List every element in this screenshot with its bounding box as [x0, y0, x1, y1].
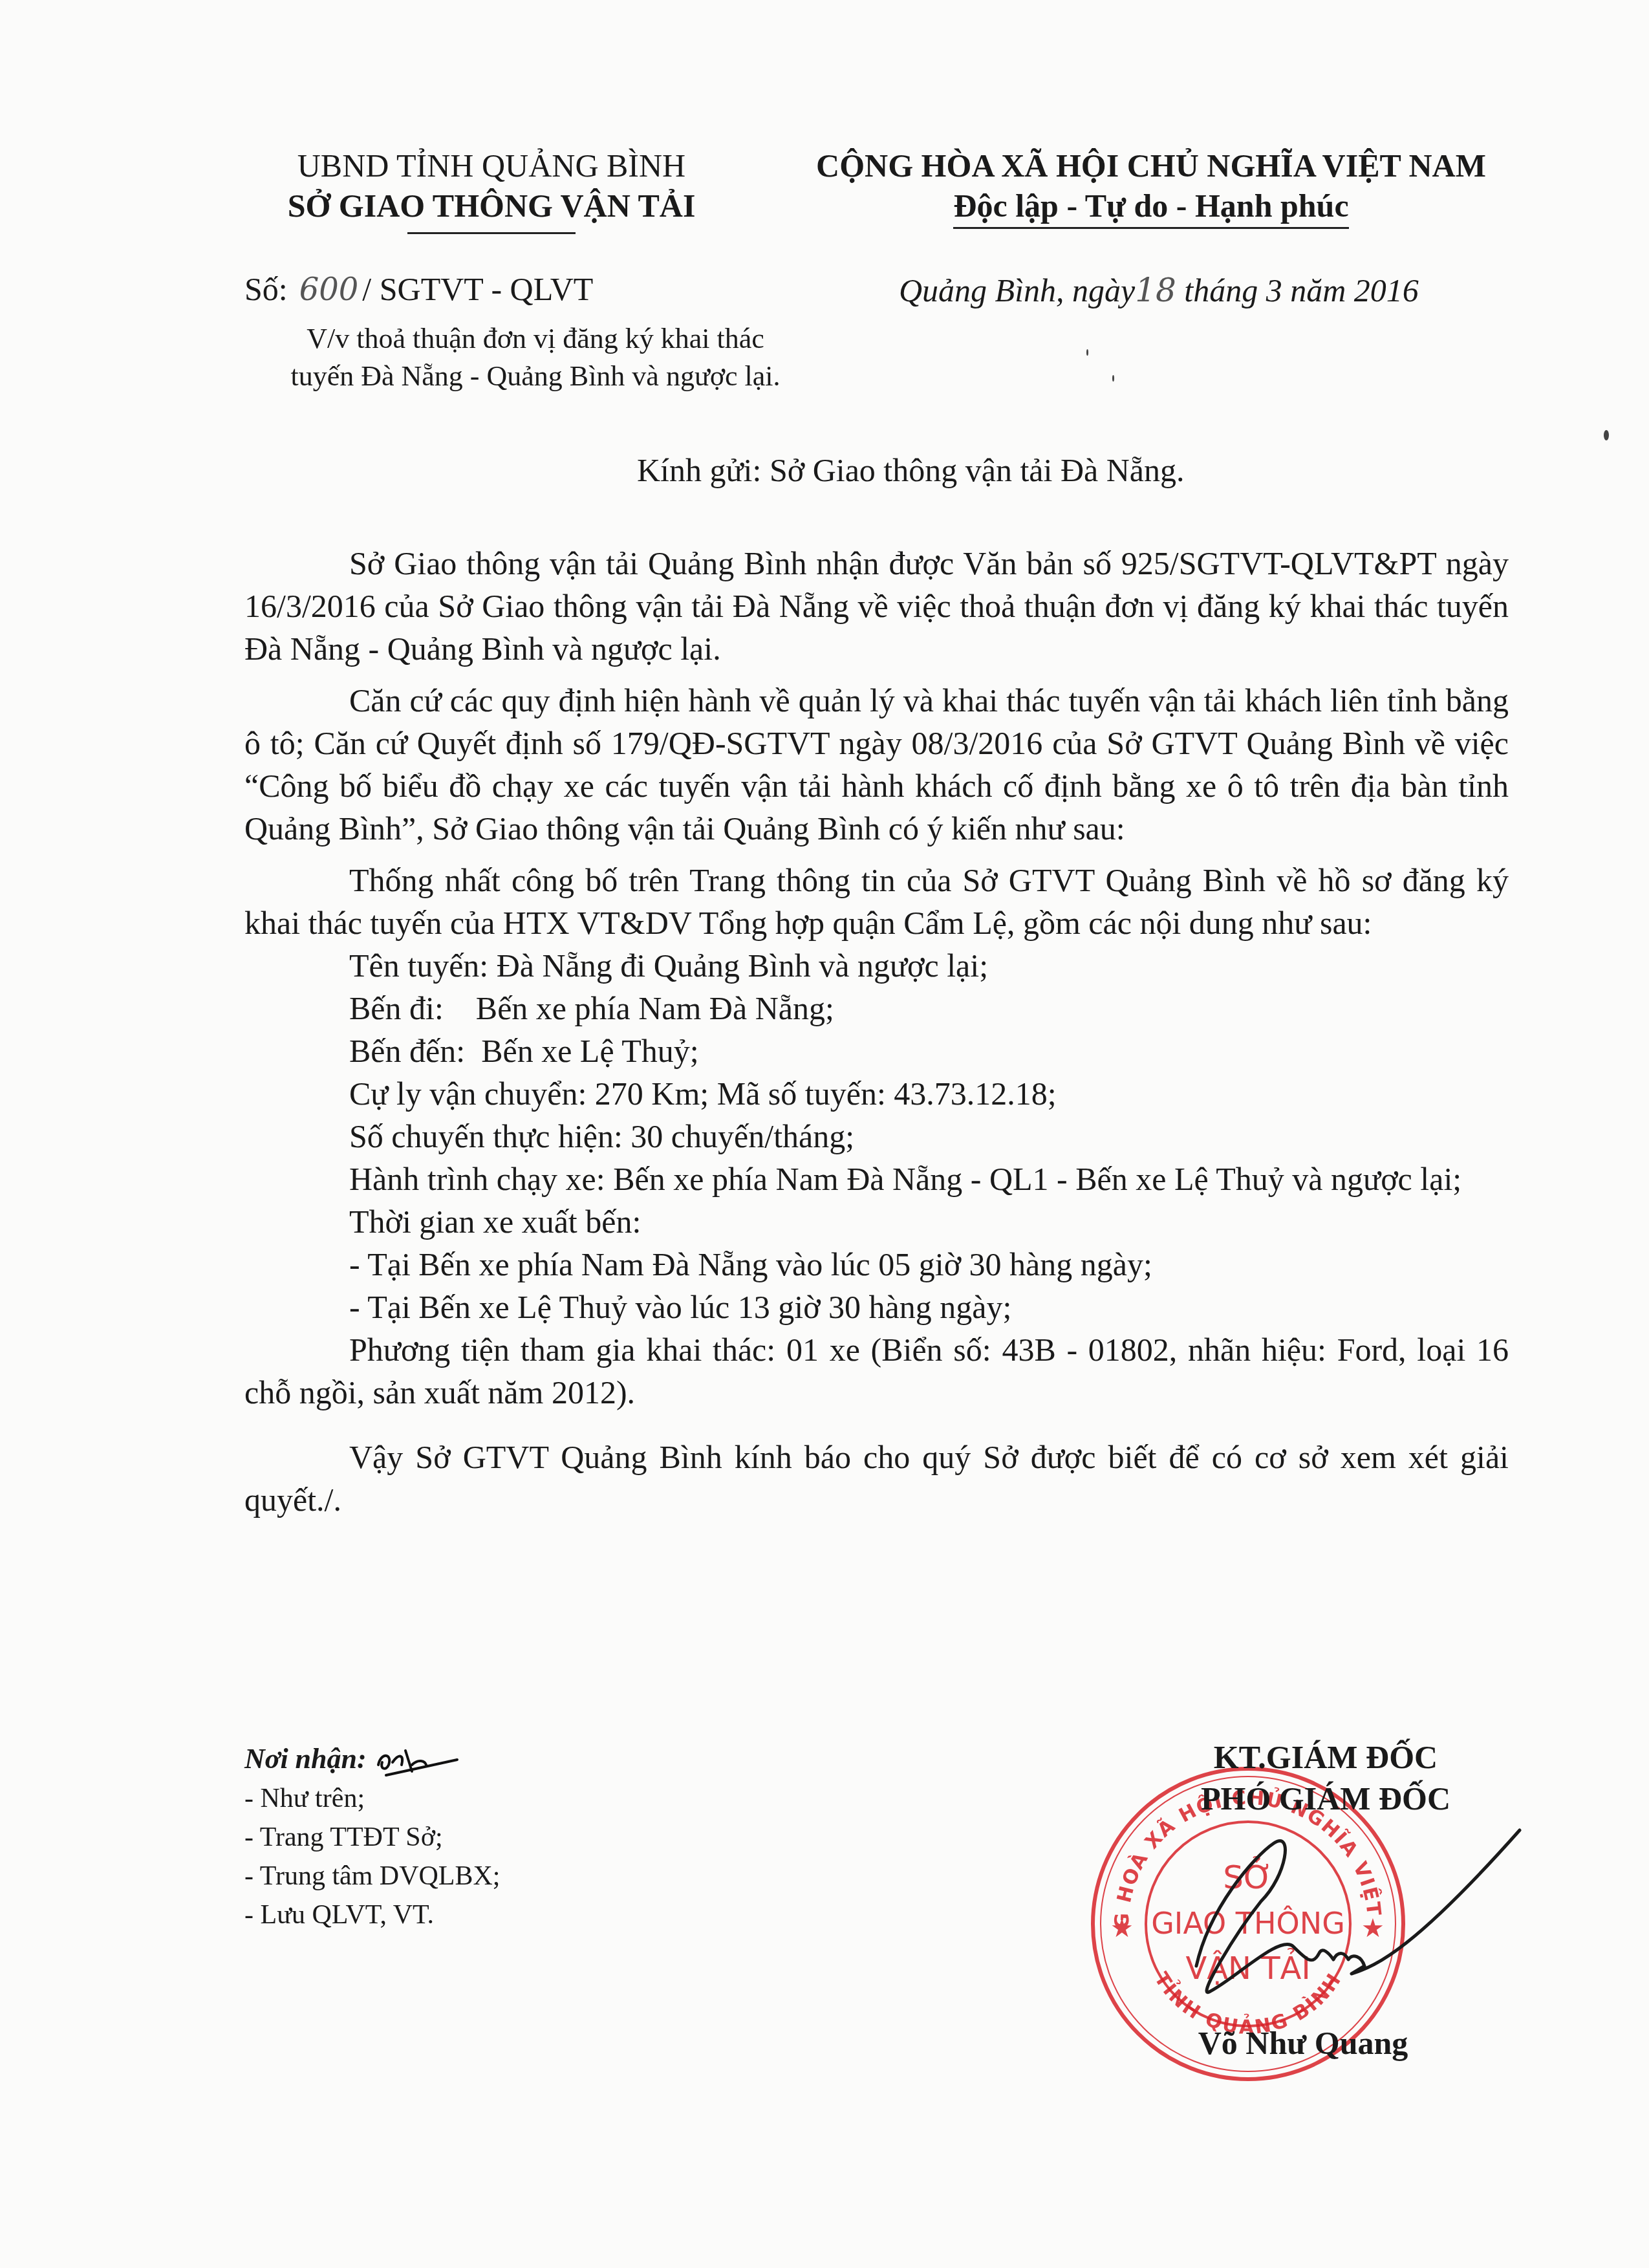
scan-speck: [1604, 430, 1609, 440]
detail-trips: Số chuyến thực hiện: 30 chuyến/tháng;: [244, 1115, 1509, 1158]
nation-title: CỘNG HÒA XÃ HỘI CHỦ NGHĨA VIỆT NAM: [757, 146, 1546, 186]
subject-line-1: V/v thoả thuận đơn vị đăng ký khai thác: [244, 320, 826, 358]
scan-speck: [1086, 349, 1088, 356]
initials-mark-icon: [373, 1745, 464, 1778]
document-number-label: Số:: [244, 271, 288, 307]
body-paragraph-2: Căn cứ các quy định hiện hành về quản lý…: [244, 679, 1509, 850]
signature-title-1: KT.GIÁM ĐỐC: [1099, 1736, 1552, 1778]
document-date: Quảng Bình, ngày18 tháng 3 năm 2016: [899, 272, 1419, 309]
detail-departure-time-2: - Tại Bến xe Lệ Thuỷ vào lúc 13 giờ 30 h…: [244, 1286, 1509, 1328]
handwritten-signature-icon: [1183, 1804, 1533, 2011]
date-suffix: tháng 3 năm 2016: [1184, 272, 1419, 308]
agency-parent: UBND TỈNH QUẢNG BÌNH: [246, 146, 737, 186]
detail-vehicle: Phương tiện tham gia khai thác: 01 xe (B…: [244, 1328, 1509, 1414]
document-number-handwritten: 600: [299, 272, 359, 308]
document-body: Sở Giao thông vận tải Quảng Bình nhận đư…: [244, 542, 1509, 1521]
detail-itinerary: Hành trình chạy xe: Bến xe phía Nam Đà N…: [244, 1158, 1509, 1200]
detail-distance-code: Cự ly vận chuyển: 270 Km; Mã số tuyến: 4…: [244, 1072, 1509, 1115]
body-paragraph-1: Sở Giao thông vận tải Quảng Bình nhận đư…: [244, 542, 1509, 670]
document-subject: V/v thoả thuận đơn vị đăng ký khai thác …: [244, 320, 826, 395]
scan-speck: [1112, 375, 1114, 382]
distribution-list: Nơi nhận: - Như trên; - Trang TTĐT Sở; -…: [244, 1740, 501, 1934]
date-day-handwritten: 18: [1135, 272, 1176, 309]
detail-arrival-station: Bến đến: Bến xe Lệ Thuỷ;: [244, 1030, 1509, 1072]
date-prefix: Quảng Bình, ngày: [899, 272, 1135, 308]
detail-departure-station: Bến đi: Bến xe phía Nam Đà Nẵng;: [244, 987, 1509, 1030]
agency-underline: [407, 232, 576, 234]
detail-departure-times-title: Thời gian xe xuất bến:: [244, 1200, 1509, 1243]
signer-name: Võ Như Quang: [1158, 2024, 1449, 2062]
document-number-suffix: / SGTVT - QLVT: [362, 271, 593, 307]
detail-departure-time-1: - Tại Bến xe phía Nam Đà Nẵng vào lúc 05…: [244, 1243, 1509, 1286]
recipient-line: Kính gửi: Sở Giao thông vận tải Đà Nẵng.: [637, 451, 1184, 489]
subject-line-2: tuyến Đà Nẵng - Quảng Bình và ngược lại.: [244, 358, 826, 395]
distribution-item: - Lưu QLVT, VT.: [244, 1895, 501, 1934]
agency-name: SỞ GIAO THÔNG VẬN TẢI: [246, 186, 737, 226]
body-paragraph-3: Thống nhất công bố trên Trang thông tin …: [244, 859, 1509, 944]
distribution-title: Nơi nhận:: [244, 1743, 367, 1775]
distribution-item: - Trang TTĐT Sở;: [244, 1818, 501, 1857]
national-header-block: CỘNG HÒA XÃ HỘI CHỦ NGHĨA VIỆT NAM Độc l…: [757, 146, 1546, 229]
nation-motto: Độc lập - Tự do - Hạnh phúc: [953, 186, 1348, 229]
issuing-agency-block: UBND TỈNH QUẢNG BÌNH SỞ GIAO THÔNG VẬN T…: [246, 146, 737, 234]
distribution-item: - Trung tâm DVQLBX;: [244, 1857, 501, 1895]
distribution-item: - Như trên;: [244, 1779, 501, 1818]
detail-route-name: Tên tuyến: Đà Nẵng đi Quảng Bình và ngượ…: [244, 944, 1509, 987]
seal-star-left: ★: [1110, 1914, 1134, 1943]
document-number: Số:600/ SGTVT - QLVT: [244, 270, 593, 308]
body-closing: Vậy Sở GTVT Quảng Bình kính báo cho quý …: [244, 1436, 1509, 1521]
